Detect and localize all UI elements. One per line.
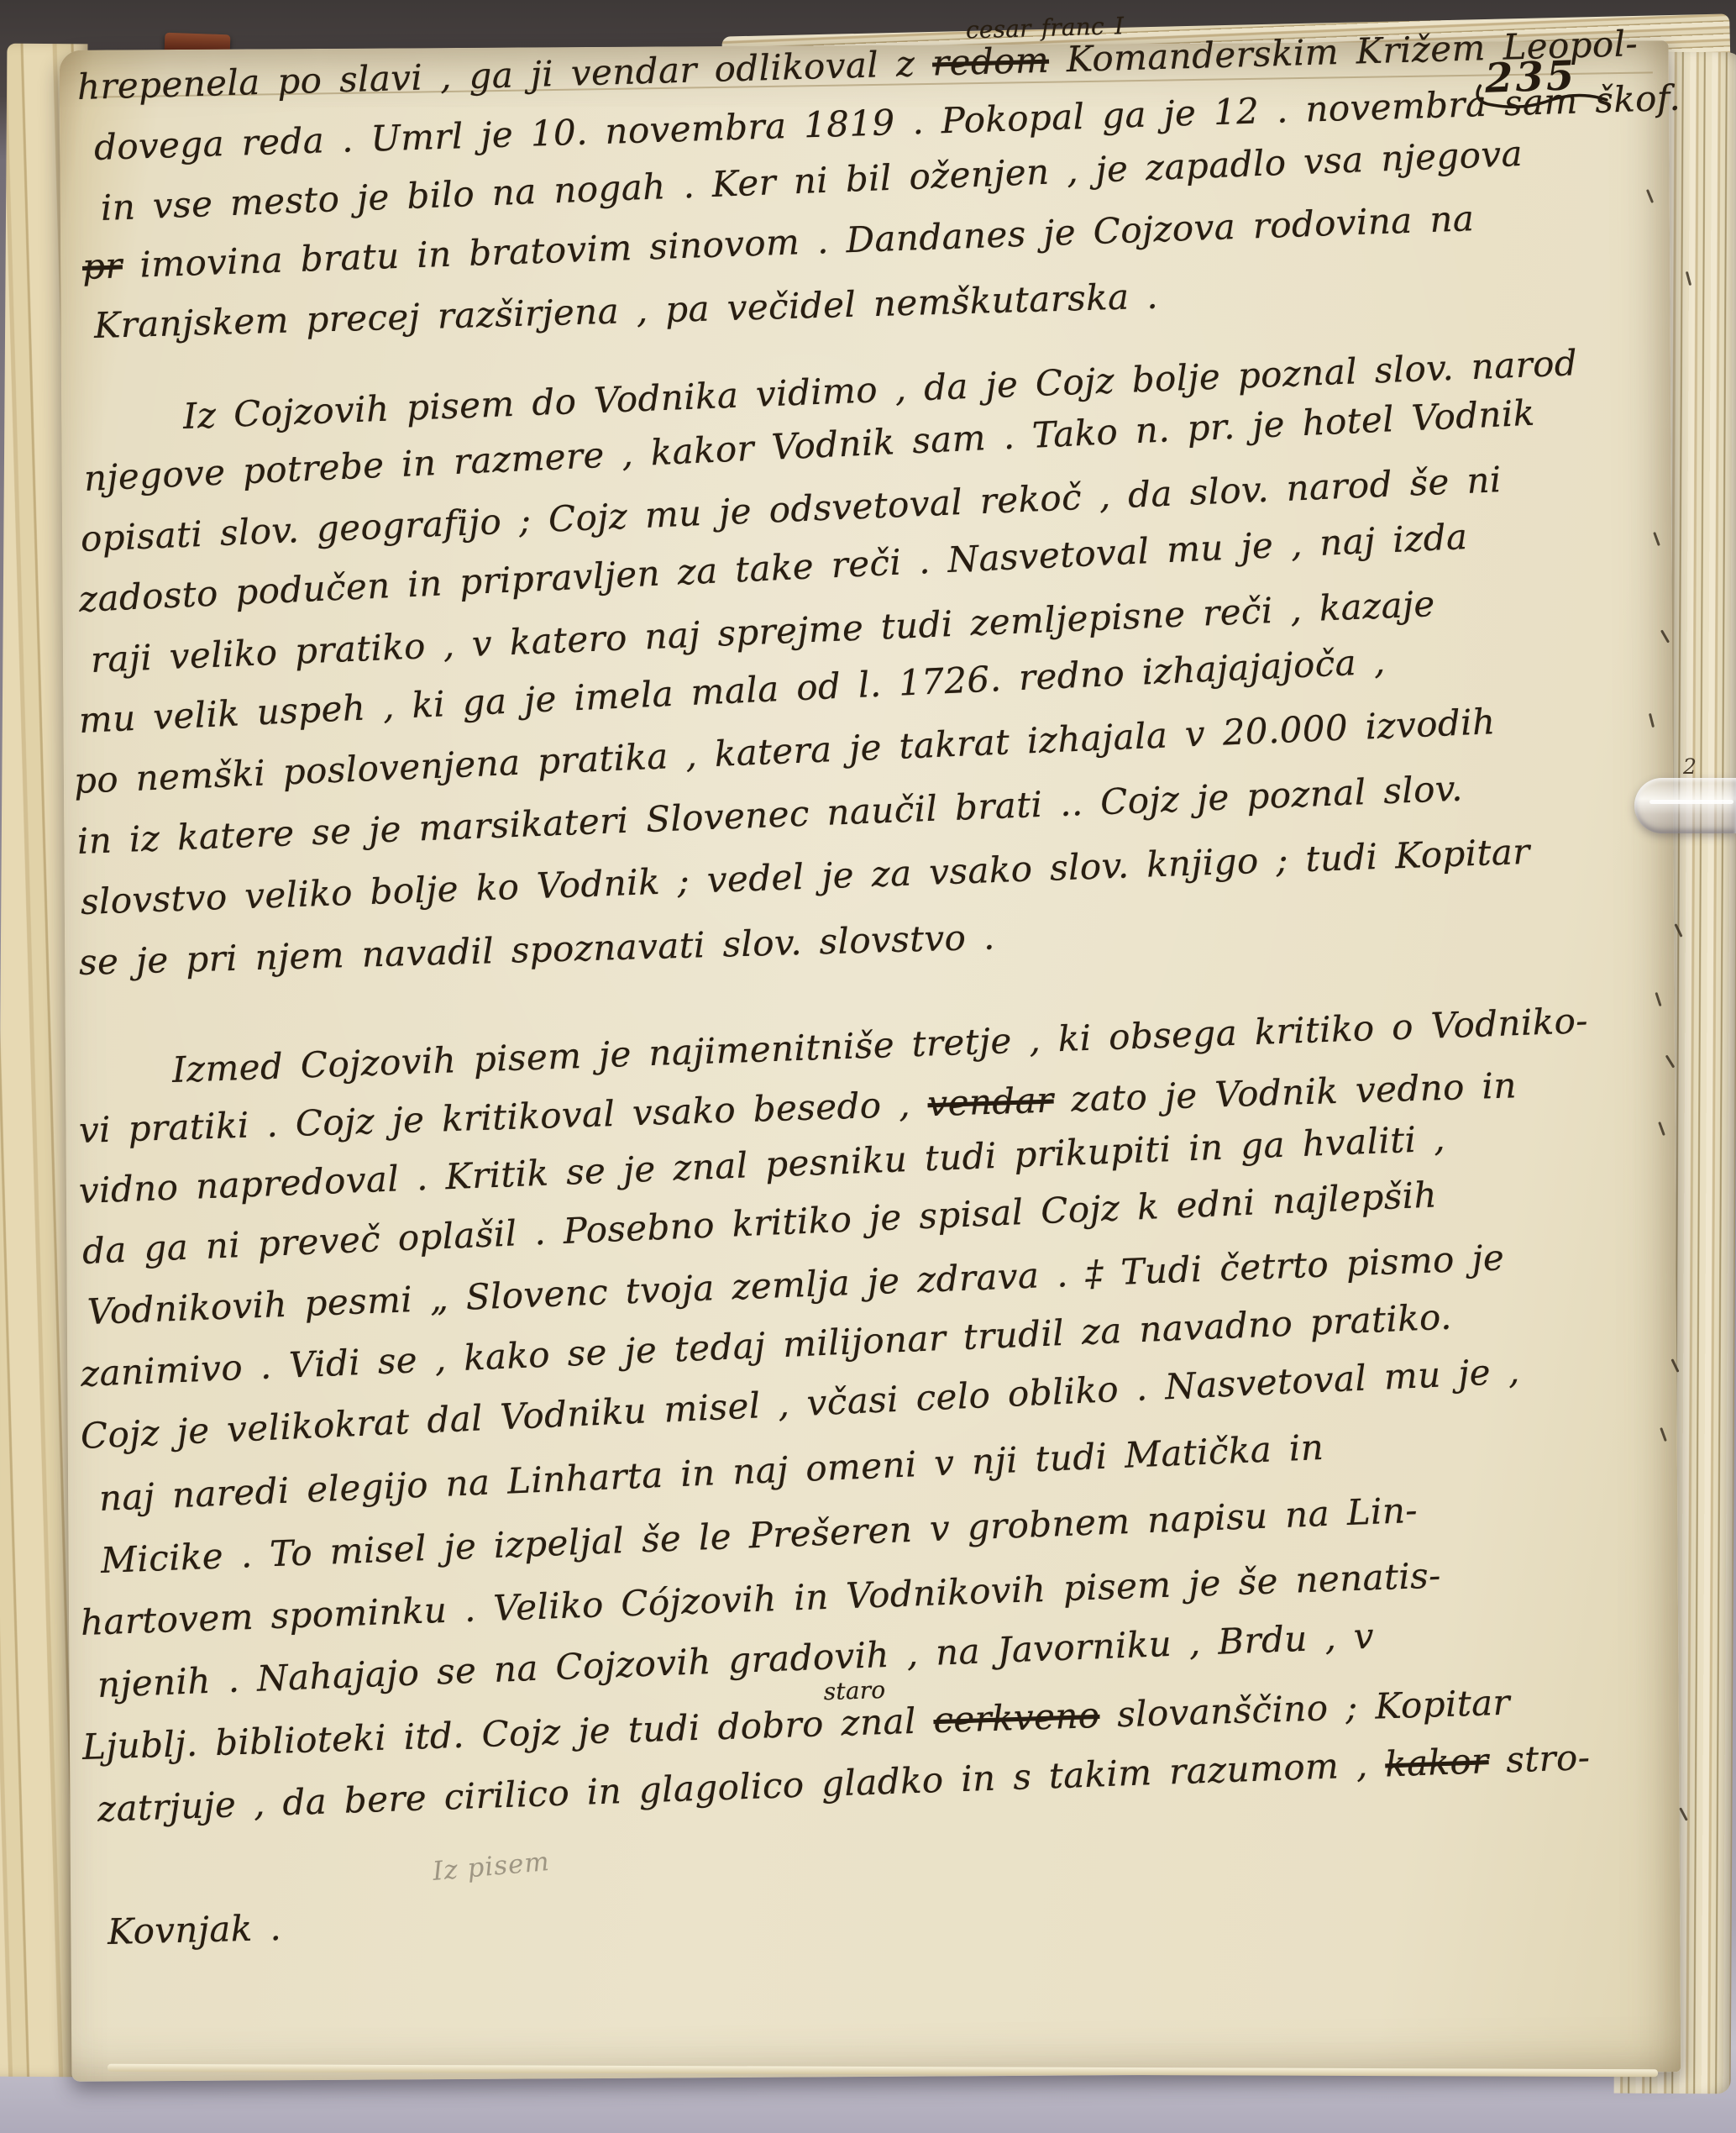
edge-digit: 2 bbox=[1683, 754, 1697, 779]
photo-background: 2 235 hrepenela po slavi , ga ji vendar … bbox=[0, 0, 1736, 2133]
struck-word: cerkveno bbox=[933, 1694, 1100, 1741]
struck-word: kakor bbox=[1384, 1740, 1489, 1784]
glass-rod bbox=[1634, 778, 1736, 833]
interlinear-note: cesar franc I bbox=[966, 13, 1125, 43]
struck-word: vendar bbox=[927, 1080, 1055, 1125]
interlinear-note: staro bbox=[823, 1678, 885, 1705]
manuscript-line: Kovnjak . bbox=[107, 1910, 281, 1951]
line-text: stro- bbox=[1488, 1736, 1591, 1781]
struck-word: pr bbox=[81, 244, 123, 287]
struck-word: redom bbox=[931, 39, 1049, 84]
